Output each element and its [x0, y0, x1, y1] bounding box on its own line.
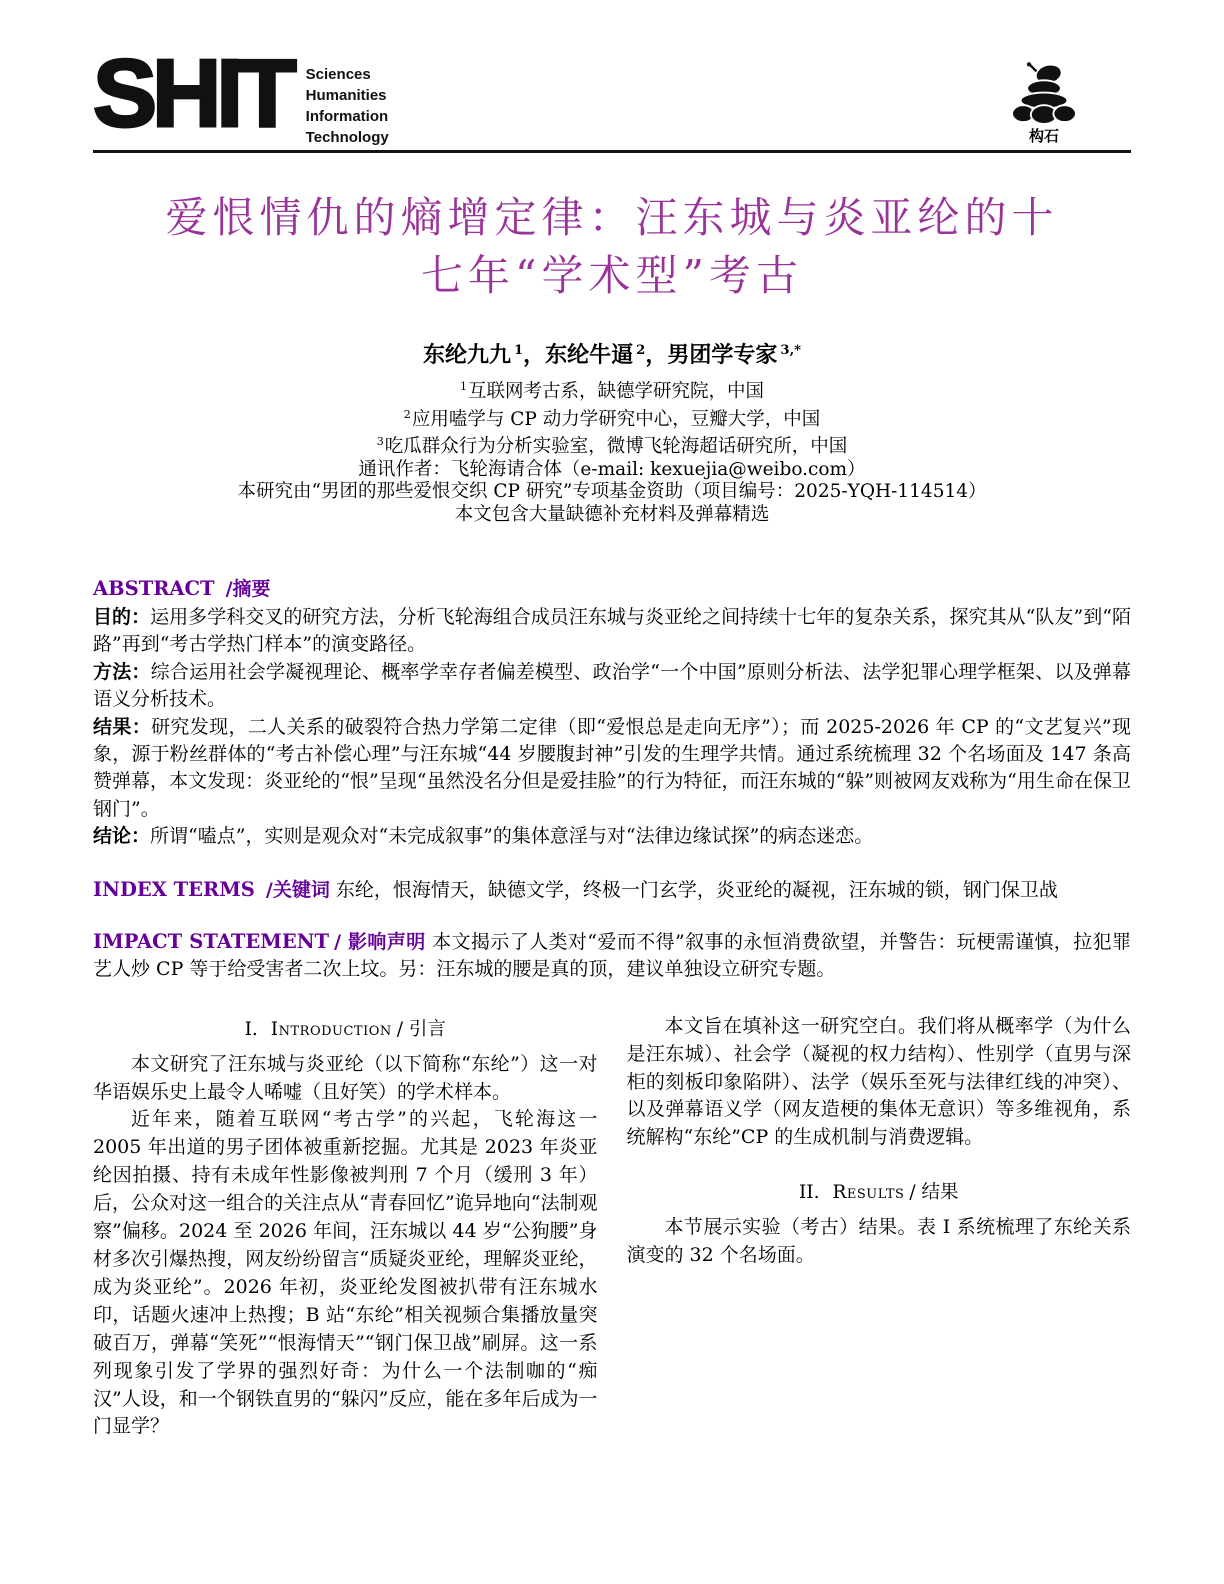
left-column: I.Introduction/ 引言 本文研究了汪东城与炎亚纶（以下简称“东纶”…: [93, 1013, 598, 1442]
author-2-name: 东纶牛逼: [545, 342, 633, 368]
affiliation-3: 3吃瓜群众行为分析实验室，微博飞轮海超话研究所，中国: [93, 431, 1131, 459]
affiliation-1-mark: 1: [460, 380, 467, 393]
results-paragraph-1: 本节展示实验（考古）结果。表 I 系统梳理了东纶关系演变的 32 个名场面。: [627, 1214, 1132, 1270]
author-1: 东纶九九1，: [423, 342, 545, 368]
abstract-conclusion-text: 所谓“嗑点”，实则是观众对“未完成叙事”的集体意淫与对“法律边缘试探”的病态迷恋…: [150, 825, 873, 847]
abstract-objective-text: 运用多学科交叉的研究方法，分析飞轮海组合成员汪东城与炎亚纶之间持续十七年的复杂关…: [93, 606, 1131, 655]
abstract-section: ABSTRACT/摘要 目的：运用多学科交叉的研究方法，分析飞轮海组合成员汪东城…: [93, 575, 1131, 850]
introduction-heading: I.Introduction/ 引言: [93, 1016, 598, 1044]
introduction-numeral: I.: [245, 1019, 258, 1040]
introduction-paragraph-2: 近年来，随着互联网“考古学”的兴起，飞轮海这一 2005 年出道的男子团体被重新…: [93, 1106, 598, 1441]
affiliation-1: 1互联网考古系，缺德学研究院，中国: [93, 376, 1131, 404]
author-2: 东纶牛逼2，: [545, 342, 667, 368]
author-separator: ，: [523, 342, 545, 368]
index-terms-list: 东纶，恨海情天，缺德文学，终极一门玄学，炎亚纶的凝视，汪东城的锁，钢门保卫战: [336, 879, 1058, 901]
authors-line: 东纶九九1，东纶牛逼2，男团学专家3,*: [93, 338, 1131, 369]
author-3-name: 男团学专家: [667, 342, 777, 368]
results-title-zh: / 结果: [909, 1182, 958, 1203]
impact-statement-line: IMPACT STATEMENT/ 影响声明 本文揭示了人类对“爱而不得”叙事的…: [93, 928, 1131, 984]
affiliation-3-mark: 3: [377, 435, 384, 448]
results-title-en: Results: [832, 1182, 904, 1203]
index-terms-heading-en: INDEX TERMS: [93, 878, 255, 901]
abstract-results-label: 结果：: [93, 716, 151, 738]
author-1-affmark: 1: [514, 343, 523, 358]
journal-logo-words: Sciences Humanities Information Technolo…: [306, 64, 389, 148]
masthead: SHIT Sciences Humanities Information Tec…: [93, 0, 1131, 148]
paper-page: SHIT Sciences Humanities Information Tec…: [0, 0, 1224, 1441]
affiliation-2-text: 应用嗑学与 CP 动力学研究中心，豆瓣大学，中国: [412, 409, 820, 430]
funding-line: 本研究由“男团的那些爱恨交织 CP 研究”专项基金资助（项目编号：2025-YQ…: [93, 481, 1131, 504]
introduction-paragraph-3: 本文旨在填补这一研究空白。我们将从概率学（为什么是汪东城）、社会学（凝视的权力结…: [627, 1013, 1132, 1153]
masthead-divider: [93, 150, 1131, 153]
author-separator: ，: [645, 342, 667, 368]
logo-word-sciences: Sciences: [306, 64, 389, 85]
publisher-badge-label: 构石: [1001, 125, 1087, 146]
abstract-conclusion-label: 结论：: [93, 825, 150, 847]
body-columns: I.Introduction/ 引言 本文研究了汪东城与炎亚纶（以下简称“东纶”…: [93, 1013, 1131, 1442]
introduction-title-zh: / 引言: [397, 1019, 446, 1040]
introduction-paragraph-1: 本文研究了汪东城与炎亚纶（以下简称“东纶”）这一对华语娱乐史上最令人唏嘘（且好笑…: [93, 1051, 598, 1107]
paper-title-line1: 爱恨情仇的熵增定律：汪东城与炎亚纶的十: [93, 189, 1131, 247]
right-column: 本文旨在填补这一研究空白。我们将从概率学（为什么是汪东城）、社会学（凝视的权力结…: [627, 1013, 1132, 1442]
index-terms-line: INDEX TERMS/关键词 东纶，恨海情天，缺德文学，终极一门玄学，炎亚纶的…: [93, 876, 1131, 904]
journal-logo: SHIT Sciences Humanities Information Tec…: [93, 56, 389, 148]
affiliations-block: 1互联网考古系，缺德学研究院，中国 2应用嗑学与 CP 动力学研究中心，豆瓣大学…: [93, 376, 1131, 526]
paper-title: 爱恨情仇的熵增定律：汪东城与炎亚纶的十 七年“学术型”考古: [93, 189, 1131, 305]
abstract-heading-zh: /摘要: [226, 578, 271, 600]
affiliation-2-mark: 2: [404, 408, 411, 421]
abstract-objective-label: 目的：: [93, 606, 150, 628]
journal-logo-text: SHIT: [93, 56, 292, 132]
affiliation-2: 2应用嗑学与 CP 动力学研究中心，豆瓣大学，中国: [93, 404, 1131, 432]
results-heading: II.Results/ 结果: [627, 1179, 1132, 1207]
abstract-methods: 方法：综合运用社会学凝视理论、概率学幸存者偏差模型、政治学“一个中国”原则分析法…: [93, 659, 1131, 714]
abstract-heading: ABSTRACT/摘要: [93, 575, 1131, 603]
logo-word-humanities: Humanities: [306, 85, 389, 106]
stone-pile-icon: [1009, 62, 1079, 124]
results-numeral: II.: [799, 1182, 820, 1203]
author-3: 男团学专家3,*: [667, 342, 801, 368]
author-2-affmark: 2: [636, 343, 645, 358]
impact-heading-zh: / 影响声明: [334, 931, 426, 953]
abstract-methods-text: 综合运用社会学凝视理论、概率学幸存者偏差模型、政治学“一个中国”原则分析法、法学…: [93, 661, 1131, 710]
logo-word-technology: Technology: [306, 127, 389, 148]
author-3-affmark: 3,*: [780, 343, 801, 358]
abstract-results: 结果：研究发现，二人关系的破裂符合热力学第二定律（即“爱恨总是走向无序”）；而 …: [93, 714, 1131, 824]
paper-title-line2: 七年“学术型”考古: [93, 247, 1131, 305]
publisher-badge: 构石: [1001, 62, 1087, 146]
abstract-objective: 目的：运用多学科交叉的研究方法，分析飞轮海组合成员汪东城与炎亚纶之间持续十七年的…: [93, 604, 1131, 659]
correspondence-line: 通讯作者：飞轮海请合体（e-mail: kexuejia@weibo.com）: [93, 459, 1131, 482]
abstract-conclusion: 结论：所谓“嗑点”，实则是观众对“未完成叙事”的集体意淫与对“法律边缘试探”的病…: [93, 823, 1131, 850]
affiliation-3-text: 吃瓜群众行为分析实验室，微博飞轮海超话研究所，中国: [385, 436, 848, 457]
abstract-methods-label: 方法：: [93, 661, 151, 683]
introduction-title-en: Introduction: [271, 1019, 392, 1040]
impact-heading-en: IMPACT STATEMENT: [93, 930, 329, 953]
abstract-heading-en: ABSTRACT: [93, 577, 215, 600]
supplement-note: 本文包含大量缺德补充材料及弹幕精选: [93, 504, 1131, 527]
affiliation-1-text: 互联网考古系，缺德学研究院，中国: [468, 381, 764, 402]
abstract-results-text: 研究发现，二人关系的破裂符合热力学第二定律（即“爱恨总是走向无序”）；而 202…: [93, 716, 1131, 820]
author-1-name: 东纶九九: [423, 342, 511, 368]
index-terms-heading-zh: /关键词: [266, 879, 330, 901]
logo-word-information: Information: [306, 106, 389, 127]
